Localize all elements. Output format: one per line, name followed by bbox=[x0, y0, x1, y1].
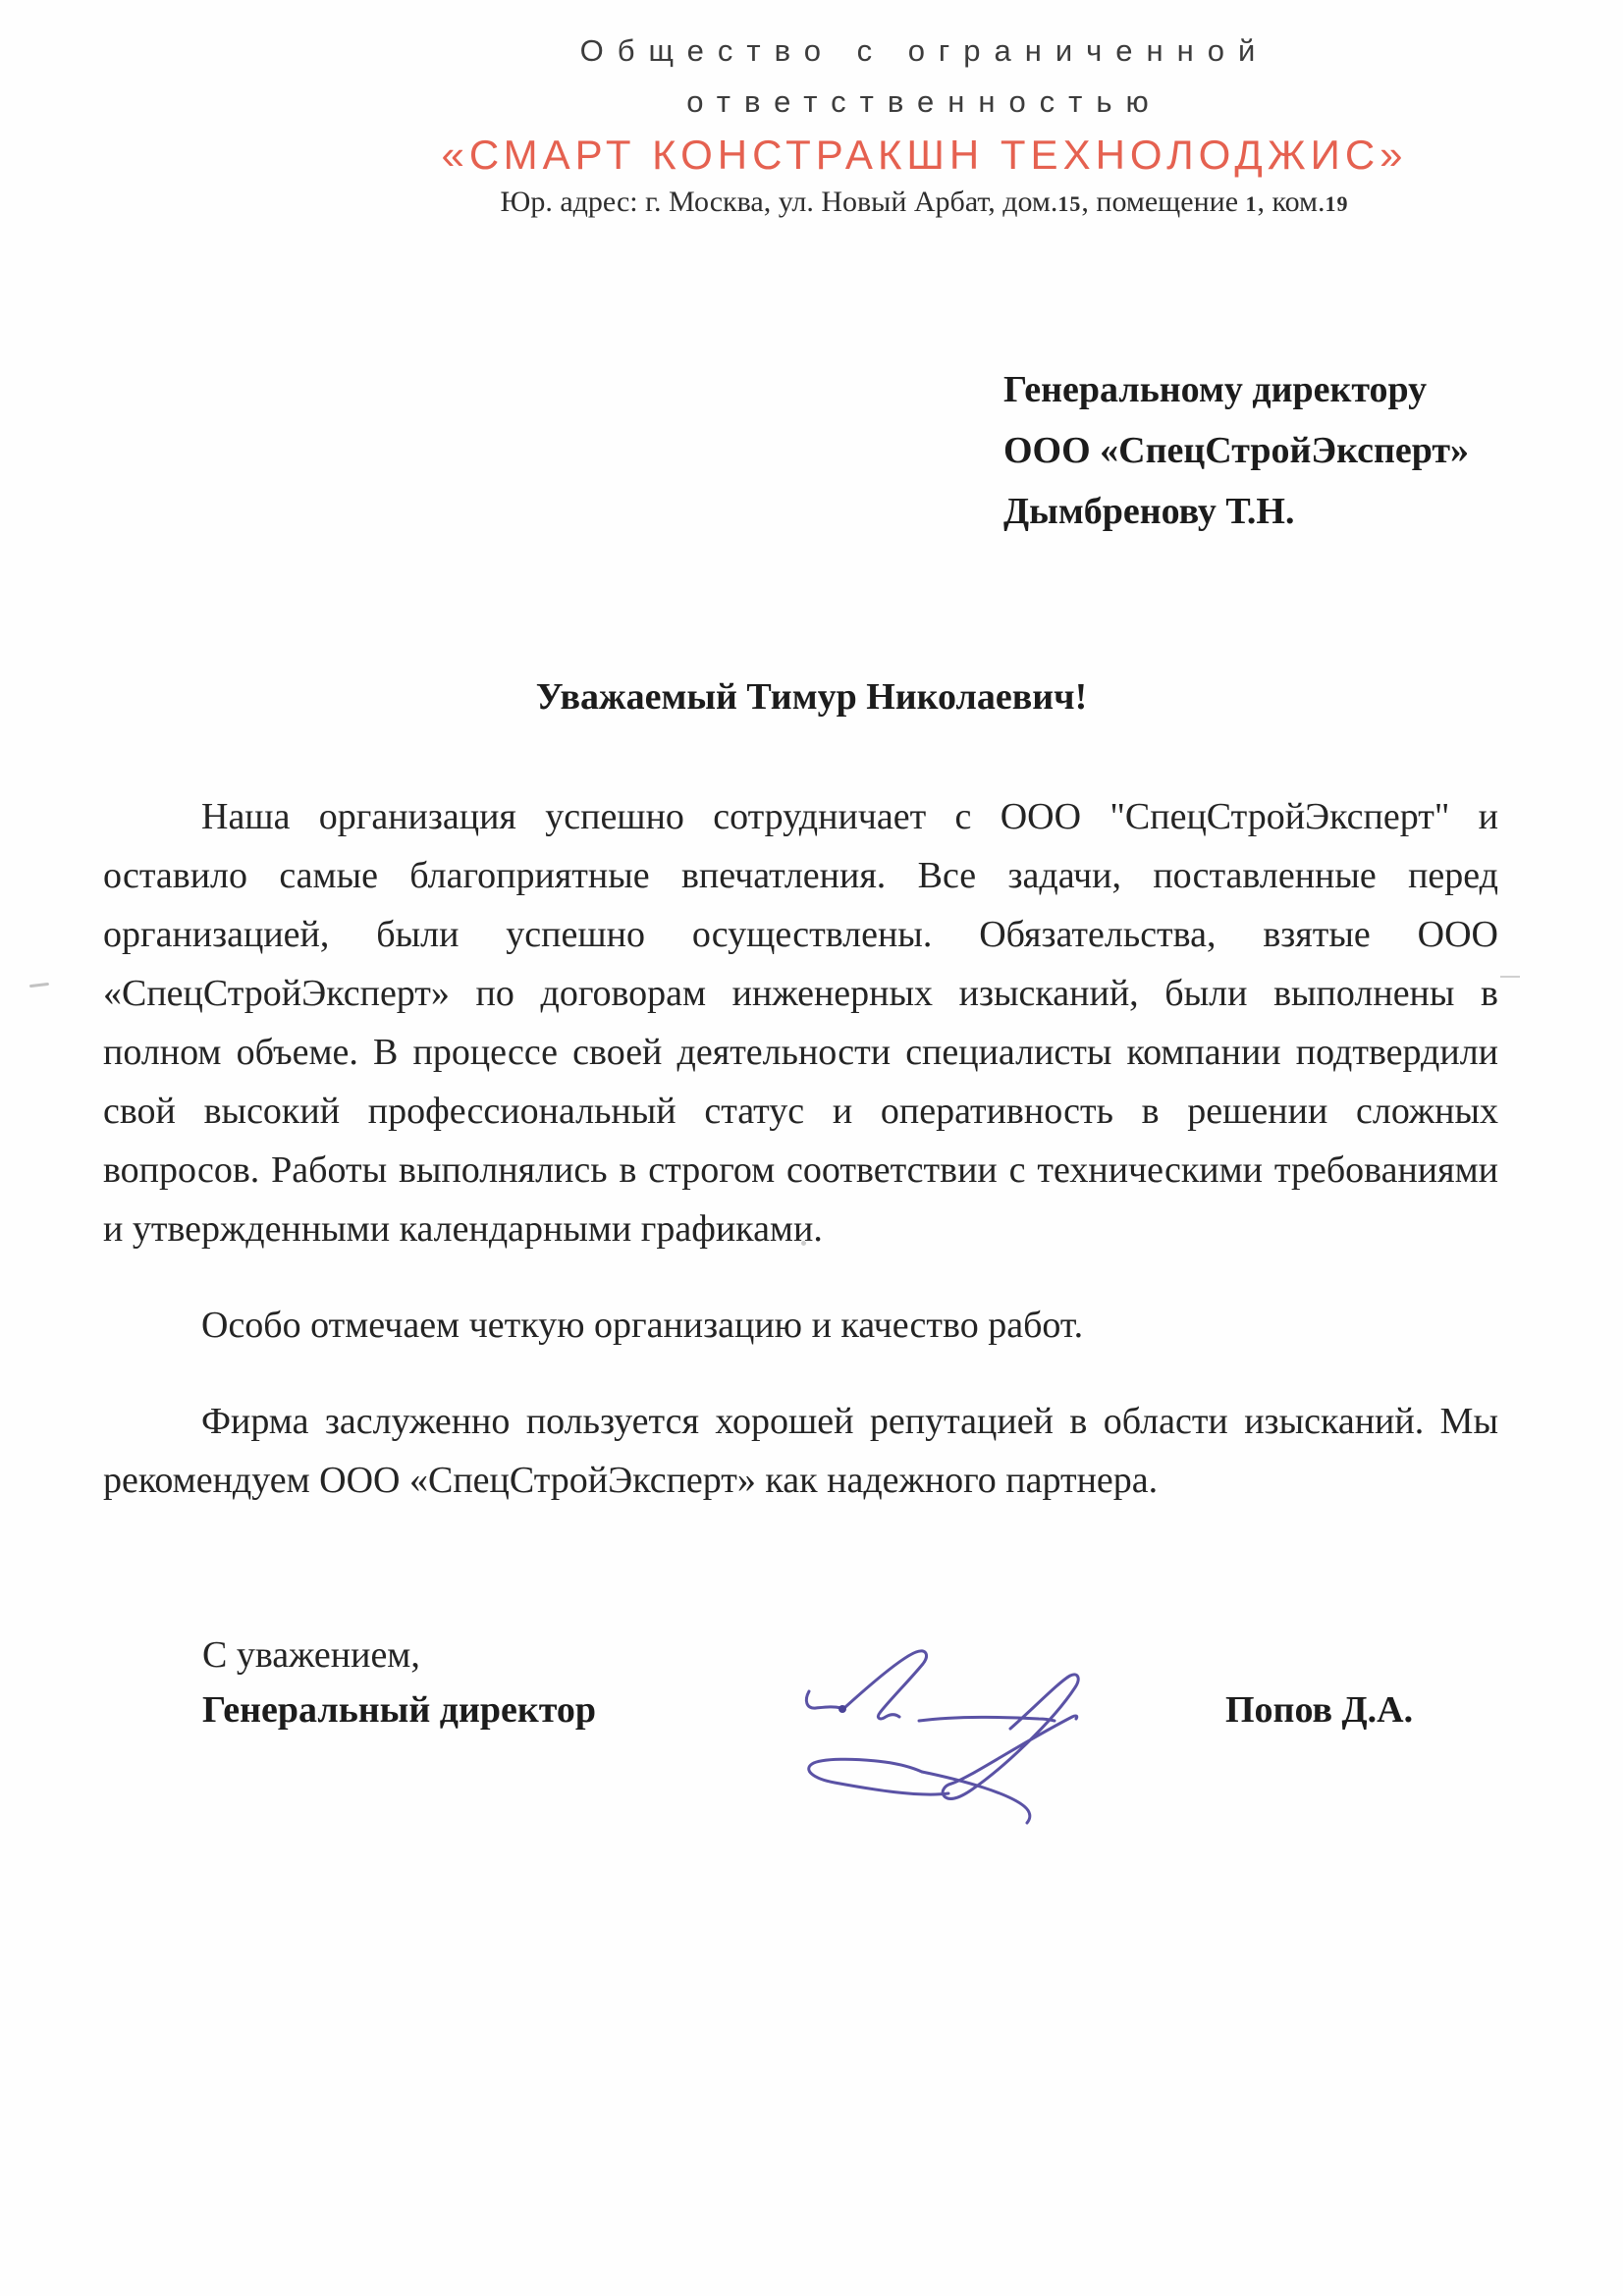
body-paragraph-1: Наша организация успешно сотрудничает с … bbox=[103, 787, 1498, 1258]
recipient-position: Генеральному директору bbox=[1003, 359, 1469, 420]
body-paragraph-3: Фирма заслуженно пользуется хорошей репу… bbox=[103, 1392, 1498, 1510]
org-address-text: , помещение bbox=[1081, 186, 1245, 218]
signature-stroke bbox=[845, 1651, 927, 1719]
recipient-block: Генеральному директору ООО «СпецСтройЭкс… bbox=[1003, 359, 1469, 542]
org-address-premise-number: 1 bbox=[1246, 191, 1258, 216]
signature-ink-blob bbox=[839, 1705, 846, 1713]
signature-scribble bbox=[727, 1620, 1139, 1875]
recipient-company: ООО «СпецСтройЭксперт» bbox=[1003, 420, 1469, 481]
signature-stroke bbox=[809, 1759, 948, 1794]
letter-body: Наша организация успешно сотрудничает с … bbox=[103, 787, 1498, 1510]
signature-stroke bbox=[922, 1772, 1030, 1823]
org-address-text: Юр. адрес: г. Москва, ул. Новый Арбат, д… bbox=[501, 186, 1058, 218]
scan-artifact-dot bbox=[801, 1241, 806, 1246]
signature-stroke bbox=[806, 1691, 840, 1708]
body-paragraph-2: Особо отмечаем четкую организацию и каче… bbox=[103, 1296, 1498, 1355]
org-type-line-2: ответственностью bbox=[113, 77, 1623, 128]
org-address-room-number: 19 bbox=[1325, 191, 1348, 216]
letterhead: Общество с ограниченной ответственностью… bbox=[113, 26, 1623, 224]
org-address-text: , ком. bbox=[1258, 186, 1325, 218]
org-address: Юр. адрес: г. Москва, ул. Новый Арбат, д… bbox=[113, 183, 1623, 224]
signoff-name: Попов Д.А. bbox=[1225, 1688, 1413, 1732]
signature-stroke bbox=[919, 1717, 1055, 1721]
letter-document: Общество с ограниченной ответственностью… bbox=[0, 0, 1623, 2296]
org-name: «СМАРТ КОНСТРАКШН ТЕХНОЛОДЖИС» bbox=[113, 128, 1623, 183]
salutation: Уважаемый Тимур Николаевич! bbox=[0, 675, 1623, 719]
signoff-title: Генеральный директор bbox=[202, 1688, 596, 1732]
scan-artifact-dash bbox=[29, 983, 49, 988]
signoff-closing: С уважением, bbox=[202, 1633, 420, 1677]
org-address-house-number: 15 bbox=[1057, 191, 1081, 216]
recipient-person: Дымбренову Т.Н. bbox=[1003, 481, 1469, 542]
scan-artifact-tick bbox=[1500, 976, 1520, 978]
org-type-line-1: Общество с ограниченной bbox=[113, 26, 1623, 77]
